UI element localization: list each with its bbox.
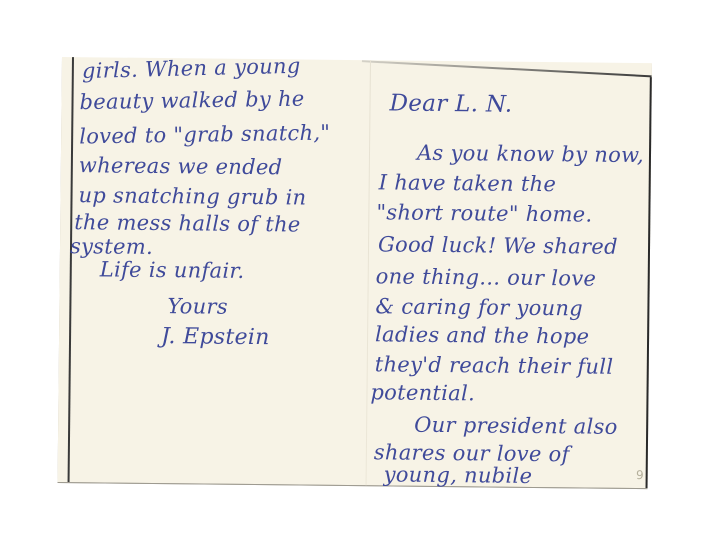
- left-line-5: up snatching grub in: [78, 183, 306, 209]
- card-left-edge: [68, 57, 74, 482]
- left-line-6: the mess halls of the: [74, 210, 301, 236]
- right-line-5: one thing... our love: [376, 264, 597, 290]
- page: girls. When a young beauty walked by he …: [0, 0, 721, 540]
- right-line-9: potential.: [370, 380, 475, 405]
- left-line-8: Life is unfair.: [100, 257, 245, 283]
- left-line-7: system.: [70, 234, 153, 259]
- right-line-4: Good luck! We shared: [378, 232, 618, 259]
- left-line-3: loved to "grab snatch,": [79, 121, 330, 149]
- corner-mark: 9: [636, 468, 644, 482]
- right-line-10: Our president also: [414, 413, 618, 439]
- card-fold: [366, 60, 371, 485]
- salutation: Dear L. N.: [389, 90, 512, 117]
- right-line-3: "short route" home.: [376, 200, 592, 226]
- left-panel: girls. When a young beauty walked by he …: [74, 57, 363, 485]
- right-line-2: I have taken the: [379, 170, 557, 196]
- left-line-1: girls. When a young: [82, 54, 301, 83]
- left-line-2: beauty walked by he: [79, 87, 304, 115]
- right-line-1: As you know by now,: [417, 141, 644, 167]
- right-panel: Dear L. N. As you know by now, I have ta…: [374, 60, 648, 488]
- greeting-card: girls. When a young beauty walked by he …: [58, 57, 652, 488]
- right-line-7: ladies and the hope: [375, 322, 589, 348]
- right-line-8: they'd reach their full: [375, 352, 614, 378]
- right-line-12: young, nubile: [384, 462, 533, 488]
- signature: J. Epstein: [161, 324, 270, 350]
- closing: Yours: [167, 294, 228, 319]
- left-line-4: whereas we ended: [79, 153, 283, 179]
- right-line-6: & caring for young: [375, 294, 583, 320]
